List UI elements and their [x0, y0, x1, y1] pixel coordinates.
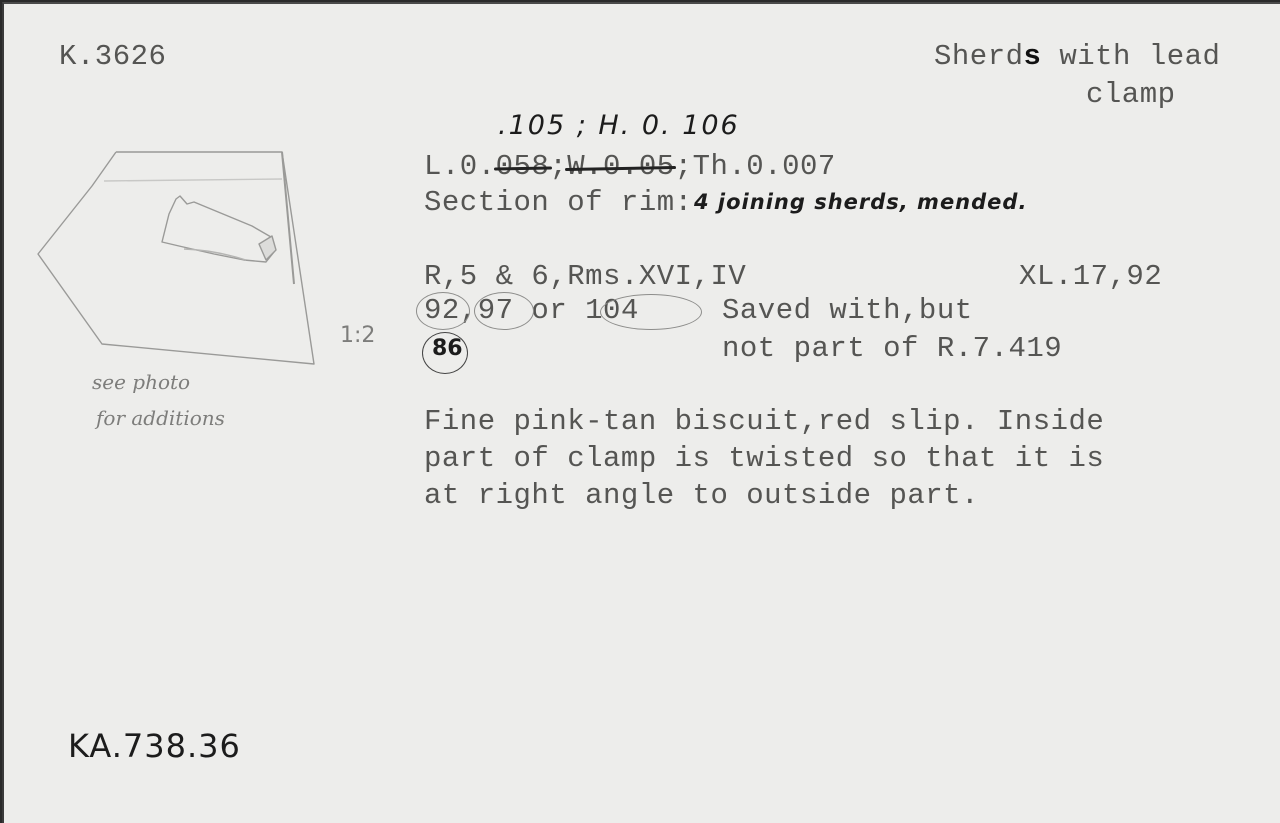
- section-label: Section of rim:: [424, 188, 693, 217]
- drawing-note-line1: see photo: [92, 372, 190, 393]
- measurements-line: L.0.058;W.0.05;Th.0.007: [424, 152, 836, 181]
- pencil-circle-104: [600, 294, 702, 330]
- description-line2: part of clamp is twisted so that it is: [424, 444, 1104, 473]
- pencil-circle-97: [474, 292, 534, 330]
- title-bold-s: s: [1024, 40, 1042, 73]
- object-title-line2: clamp: [1086, 80, 1176, 109]
- length-prefix: L.0.: [424, 150, 496, 183]
- description-line1: Fine pink-tan biscuit,red slip. Inside: [424, 407, 1104, 436]
- pencil-circle-92: [416, 292, 470, 330]
- description-line3: at right angle to outside part.: [424, 481, 979, 510]
- separator: ;: [549, 150, 567, 183]
- struck-length-value: 058: [496, 150, 550, 183]
- catalog-card: K.3626 Sherds with lead clamp .105 ; H. …: [2, 2, 1280, 823]
- section-handwritten-note: 4 joining sherds, mended.: [694, 192, 1027, 213]
- handwritten-measurement-correction: .105 ; H. 0. 106: [498, 112, 740, 139]
- drawing-scale: 1:2: [340, 324, 375, 347]
- thickness-value: ;Th.0.007: [675, 150, 836, 183]
- struck-width-value: W.0.05: [567, 150, 674, 183]
- ink-circle-86: [422, 332, 468, 374]
- sherd-sketch-drawing: [4, 4, 424, 464]
- drawing-note-line2: for additions: [96, 408, 225, 429]
- provenance-reference: XL.17,92: [1019, 262, 1162, 291]
- saved-note-line1: Saved with,but: [722, 296, 973, 325]
- inventory-number: KA.738.36: [68, 730, 241, 762]
- saved-note-line2: not part of R.7.419: [722, 334, 1062, 363]
- title-text-rest: with lead: [1041, 40, 1220, 73]
- title-text: Sherd: [934, 40, 1024, 73]
- provenance-line1: R,5 & 6,Rms.XVI,IV: [424, 262, 746, 291]
- object-title-line1: Sherds with lead: [934, 42, 1220, 71]
